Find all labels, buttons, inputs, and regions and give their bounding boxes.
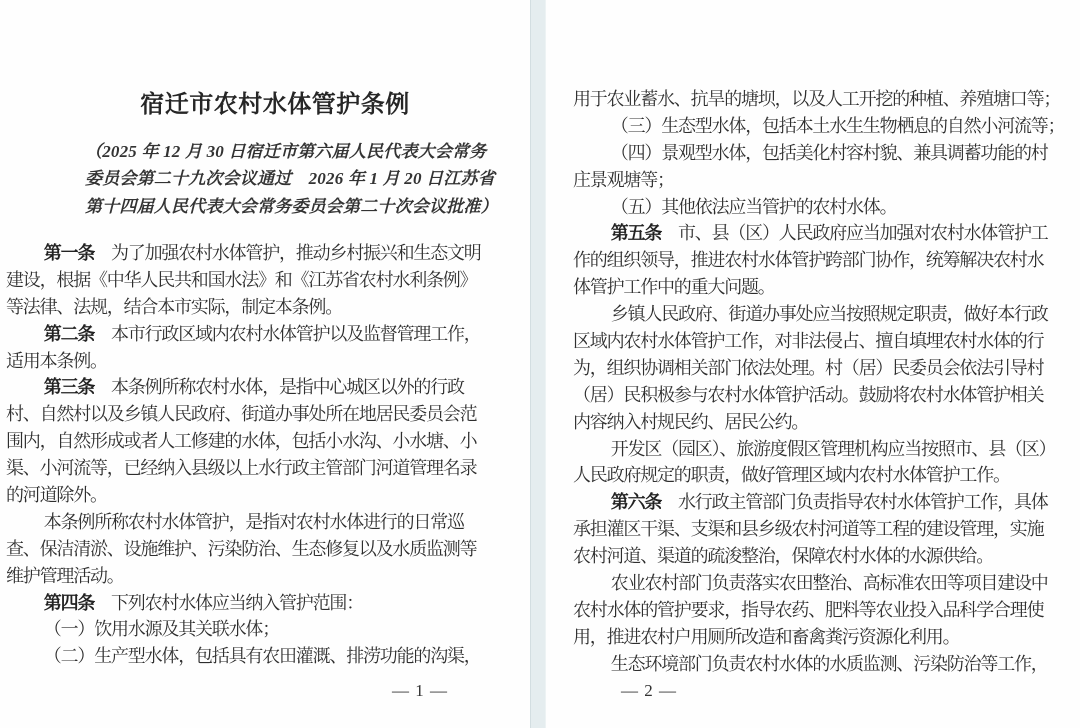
text-line: 第二条 本市行政区域内农村水体管护以及监督管理工作， — [6, 321, 508, 348]
page-number-1: — 1 — — [6, 681, 506, 701]
text-line: 体管护工作中的重大问题。 — [573, 274, 1065, 301]
article-number: 第六条 — [611, 492, 661, 512]
text-line: 承担灌区干渠、支渠和县乡级农村河道等工程的建设管理，实施 — [573, 516, 1065, 543]
article-number: 第四条 — [44, 593, 94, 613]
text-line: 渠、小河流等，已经纳入县级以上水行政主管部门河道管理名录 — [6, 455, 508, 482]
article-number: 第三条 — [44, 377, 94, 397]
text-line: 农业农村部门负责落实农田整治、高标准农田等项目建设中 — [573, 570, 1065, 597]
preamble-line: 第十四届人民代表大会常务委员会第二十次会议批准） — [85, 193, 485, 220]
text-line: （三）生态型水体，包括本土水生生物栖息的自然小河流等； — [573, 113, 1065, 140]
text-line: 庄景观塘等； — [573, 167, 1065, 194]
text-line: （二）生产型水体，包括具有农田灌溉、排涝功能的沟渠， — [6, 643, 508, 670]
text-line: 农村水体的管护要求，指导农药、肥料等农业投入品科学合理使 — [573, 597, 1065, 624]
page-2-body: 用于农业蓄水、抗旱的塘坝，以及人工开挖的种植、养殖塘口等；（三）生态型水体，包括… — [573, 86, 1065, 678]
text-line: 人民政府规定的职责，做好管理区域内农村水体管护工作。 — [573, 462, 1065, 489]
page-number-2: — 2 — — [621, 681, 677, 701]
text-line: 用于农业蓄水、抗旱的塘坝，以及人工开挖的种植、养殖塘口等； — [573, 86, 1065, 113]
text-line: 作的组织领导，推进农村水体管护跨部门协作，统筹解决农村水 — [573, 247, 1065, 274]
text-line: 的河道除外。 — [6, 482, 508, 509]
text-line: （一）饮用水源及其关联水体； — [6, 616, 508, 643]
text-line: 生态环境部门负责农村水体的水质监测、污染防治等工作， — [573, 651, 1065, 678]
text-line: （居）民积极参与农村水体管护活动。鼓励将农村水体管护相关 — [573, 382, 1065, 409]
document-title: 宿迁市农村水体管护条例 — [25, 84, 525, 119]
article-number: 第一条 — [44, 243, 94, 263]
text-line: （五）其他依法应当管护的农村水体。 — [573, 194, 1065, 221]
document-page-1: 宿迁市农村水体管护条例 （2025 年 12 月 30 日宿迁市第六届人民代表大… — [0, 0, 530, 728]
text-line: 开发区（园区）、旅游度假区管理机构应当按照市、县（区） — [573, 436, 1065, 463]
text-line: 用，推进农村户用厕所改造和畜禽粪污资源化利用。 — [573, 624, 1065, 651]
text-line: 农村河道、渠道的疏浚整治，保障农村水体的水源供给。 — [573, 543, 1065, 570]
preamble-line: （2025 年 12 月 30 日宿迁市第六届人民代表大会常务 — [85, 138, 485, 165]
text-line: 围内，自然形成或者人工修建的水体，包括小水沟、小水塘、小 — [6, 428, 508, 455]
text-line: 乡镇人民政府、街道办事处应当按照规定职责，做好本行政 — [573, 301, 1065, 328]
adoption-preamble: （2025 年 12 月 30 日宿迁市第六届人民代表大会常务委员会第二十九次会… — [85, 138, 485, 220]
text-line: 区域内农村水体管护工作，对非法侵占、擅自填埋农村水体的行 — [573, 328, 1065, 355]
text-line: 内容纳入村规民约、居民公约。 — [573, 409, 1065, 436]
text-line: 建设，根据《中华人民共和国水法》和《江苏省农村水利条例》 — [6, 267, 508, 294]
text-line: 第五条 市、县（区）人民政府应当加强对农村水体管护工 — [573, 220, 1065, 247]
text-line: 第六条 水行政主管部门负责指导农村水体管护工作，具体 — [573, 489, 1065, 516]
preamble-line: 委员会第二十九次会议通过 2026 年 1 月 20 日江苏省 — [85, 165, 485, 192]
article-number: 第五条 — [611, 223, 661, 243]
page-1-body: 第一条 为了加强农村水体管护，推动乡村振兴和生态文明建设，根据《中华人民共和国水… — [6, 240, 508, 670]
text-line: 第一条 为了加强农村水体管护，推动乡村振兴和生态文明 — [6, 240, 508, 267]
text-line: 为，组织协调相关部门依法处理。村（居）民委员会依法引导村 — [573, 355, 1065, 382]
text-line: 查、保洁清淤、设施维护、污染防治、生态修复以及水质监测等 — [6, 536, 508, 563]
document-page-2: 用于农业蓄水、抗旱的塘坝，以及人工开挖的种植、养殖塘口等；（三）生态型水体，包括… — [546, 0, 1080, 728]
text-line: 本条例所称农村水体管护，是指对农村水体进行的日常巡 — [6, 509, 508, 536]
text-line: 村、自然村以及乡镇人民政府、街道办事处所在地居民委员会范 — [6, 401, 508, 428]
text-line: 第三条 本条例所称农村水体，是指中心城区以外的行政 — [6, 374, 508, 401]
text-line: 适用本条例。 — [6, 348, 508, 375]
article-number: 第二条 — [44, 324, 94, 344]
page-gap-divider — [530, 0, 546, 728]
text-line: 维护管理活动。 — [6, 563, 508, 590]
text-line: 第四条 下列农村水体应当纳入管护范围： — [6, 590, 508, 617]
text-line: 等法律、法规，结合本市实际，制定本条例。 — [6, 294, 508, 321]
text-line: （四）景观型水体，包括美化村容村貌、兼具调蓄功能的村 — [573, 140, 1065, 167]
document-viewer: 宿迁市农村水体管护条例 （2025 年 12 月 30 日宿迁市第六届人民代表大… — [0, 0, 1080, 728]
